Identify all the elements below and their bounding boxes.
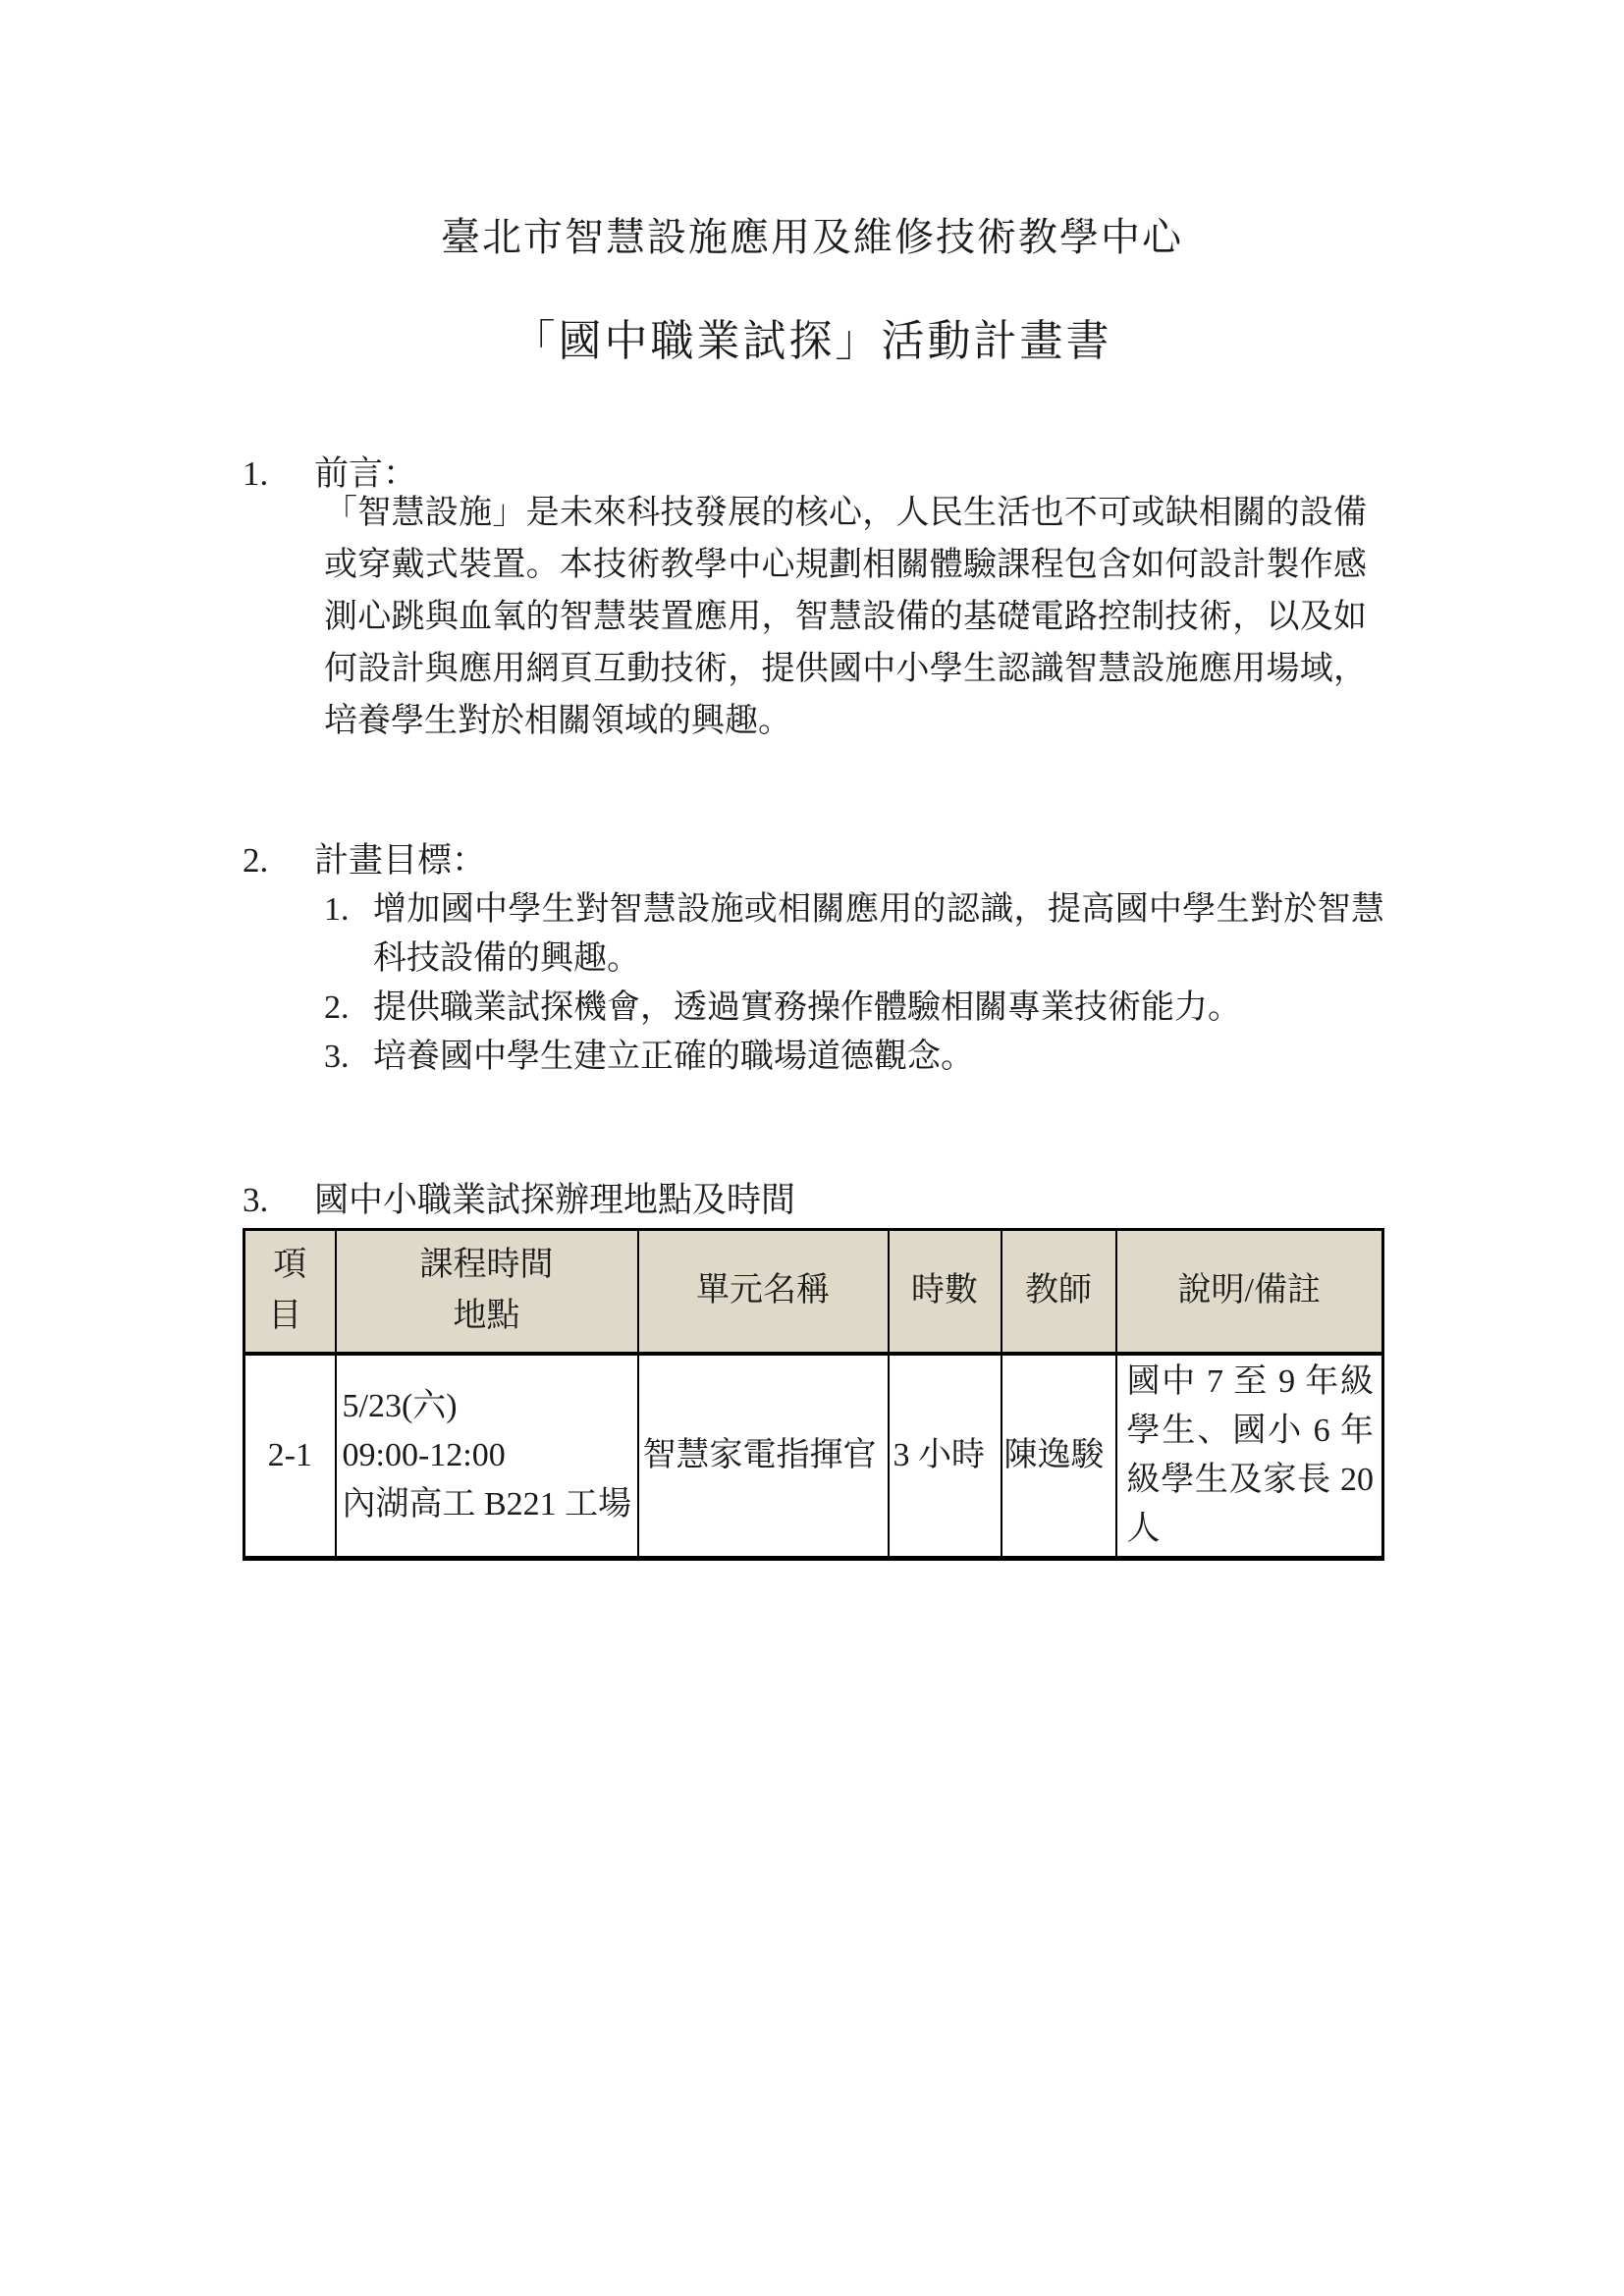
section3-title: 國中小職業試探辦理地點及時間 — [314, 1176, 795, 1225]
section3-heading: 3. 國中小職業試探辦理地點及時間 — [243, 1176, 795, 1225]
section3-number: 3. — [243, 1176, 314, 1225]
table-header-cell: 課程時間 地點 — [336, 1230, 638, 1354]
cell-note: 國中 7 至 9 年級學生、國小 6 年級學生及家長 20 人 — [1116, 1354, 1383, 1559]
goal-item-3: 3. 培養國中學生建立正確的職場道德觀念。 — [324, 1033, 1384, 1082]
cell-teacher: 陳逸駿 — [1001, 1354, 1116, 1559]
document-subtitle: 「國中職業試探」活動計畫書 — [243, 312, 1381, 371]
goal-item-2: 2. 提供職業試探機會，透過實務操作體驗相關專業技術能力。 — [324, 984, 1384, 1033]
goal-item-1: 1. 增加國中學生對智慧設施或相關應用的認識，提高國中學生對於智慧科技設備的興趣… — [324, 885, 1384, 984]
goal-item-2-text: 提供職業試探機會，透過實務操作體驗相關專業技術能力。 — [373, 984, 1384, 1033]
goal-item-1-text: 增加國中學生對智慧設施或相關應用的認識，提高國中學生對於智慧科技設備的興趣。 — [373, 885, 1384, 984]
goal-item-3-number: 3. — [324, 1033, 373, 1082]
schedule-header-row: 項目 課程時間 地點 單元名稱 時數 教師 說明/備註 — [244, 1230, 1383, 1354]
cell-item-number: 2-1 — [244, 1354, 336, 1559]
section2-heading: 2. 計畫目標： — [243, 836, 486, 885]
cell-time-place: 5/23(六) 09:00-12:00 內湖高工 B221 工場 — [336, 1354, 638, 1559]
table-header-cell: 項目 — [244, 1230, 336, 1354]
document-title: 臺北市智慧設施應用及維修技術教學中心 — [243, 210, 1381, 265]
goal-item-1-number: 1. — [324, 885, 373, 984]
goal-list: 1. 增加國中學生對智慧設施或相關應用的認識，提高國中學生對於智慧科技設備的興趣… — [324, 885, 1384, 1082]
schedule-table: 項目 課程時間 地點 單元名稱 時數 教師 說明/備註 2-1 5/23(六) … — [243, 1228, 1384, 1561]
section2-title: 計畫目標： — [314, 836, 486, 885]
section2-number: 2. — [243, 836, 314, 885]
document-page: 臺北市智慧設施應用及維修技術教學中心 「國中職業試探」活動計畫書 1. 前言： … — [0, 0, 1624, 2296]
section1-number: 1. — [243, 450, 314, 499]
goal-item-2-number: 2. — [324, 984, 373, 1033]
cell-unit-name: 智慧家電指揮官 — [638, 1354, 889, 1559]
section1-paragraph: 「智慧設施」是未來科技發展的核心，人民生活也不可或缺相關的設備或穿戴式裝置。本技… — [324, 487, 1367, 747]
table-header-cell: 時數 — [889, 1230, 1001, 1354]
table-row: 2-1 5/23(六) 09:00-12:00 內湖高工 B221 工場 智慧家… — [244, 1354, 1383, 1559]
table-header-cell: 單元名稱 — [638, 1230, 889, 1354]
cell-hours: 3 小時 — [889, 1354, 1001, 1559]
table-header-cell: 教師 — [1001, 1230, 1116, 1354]
goal-item-3-text: 培養國中學生建立正確的職場道德觀念。 — [373, 1033, 1384, 1082]
table-header-cell: 說明/備註 — [1116, 1230, 1383, 1354]
